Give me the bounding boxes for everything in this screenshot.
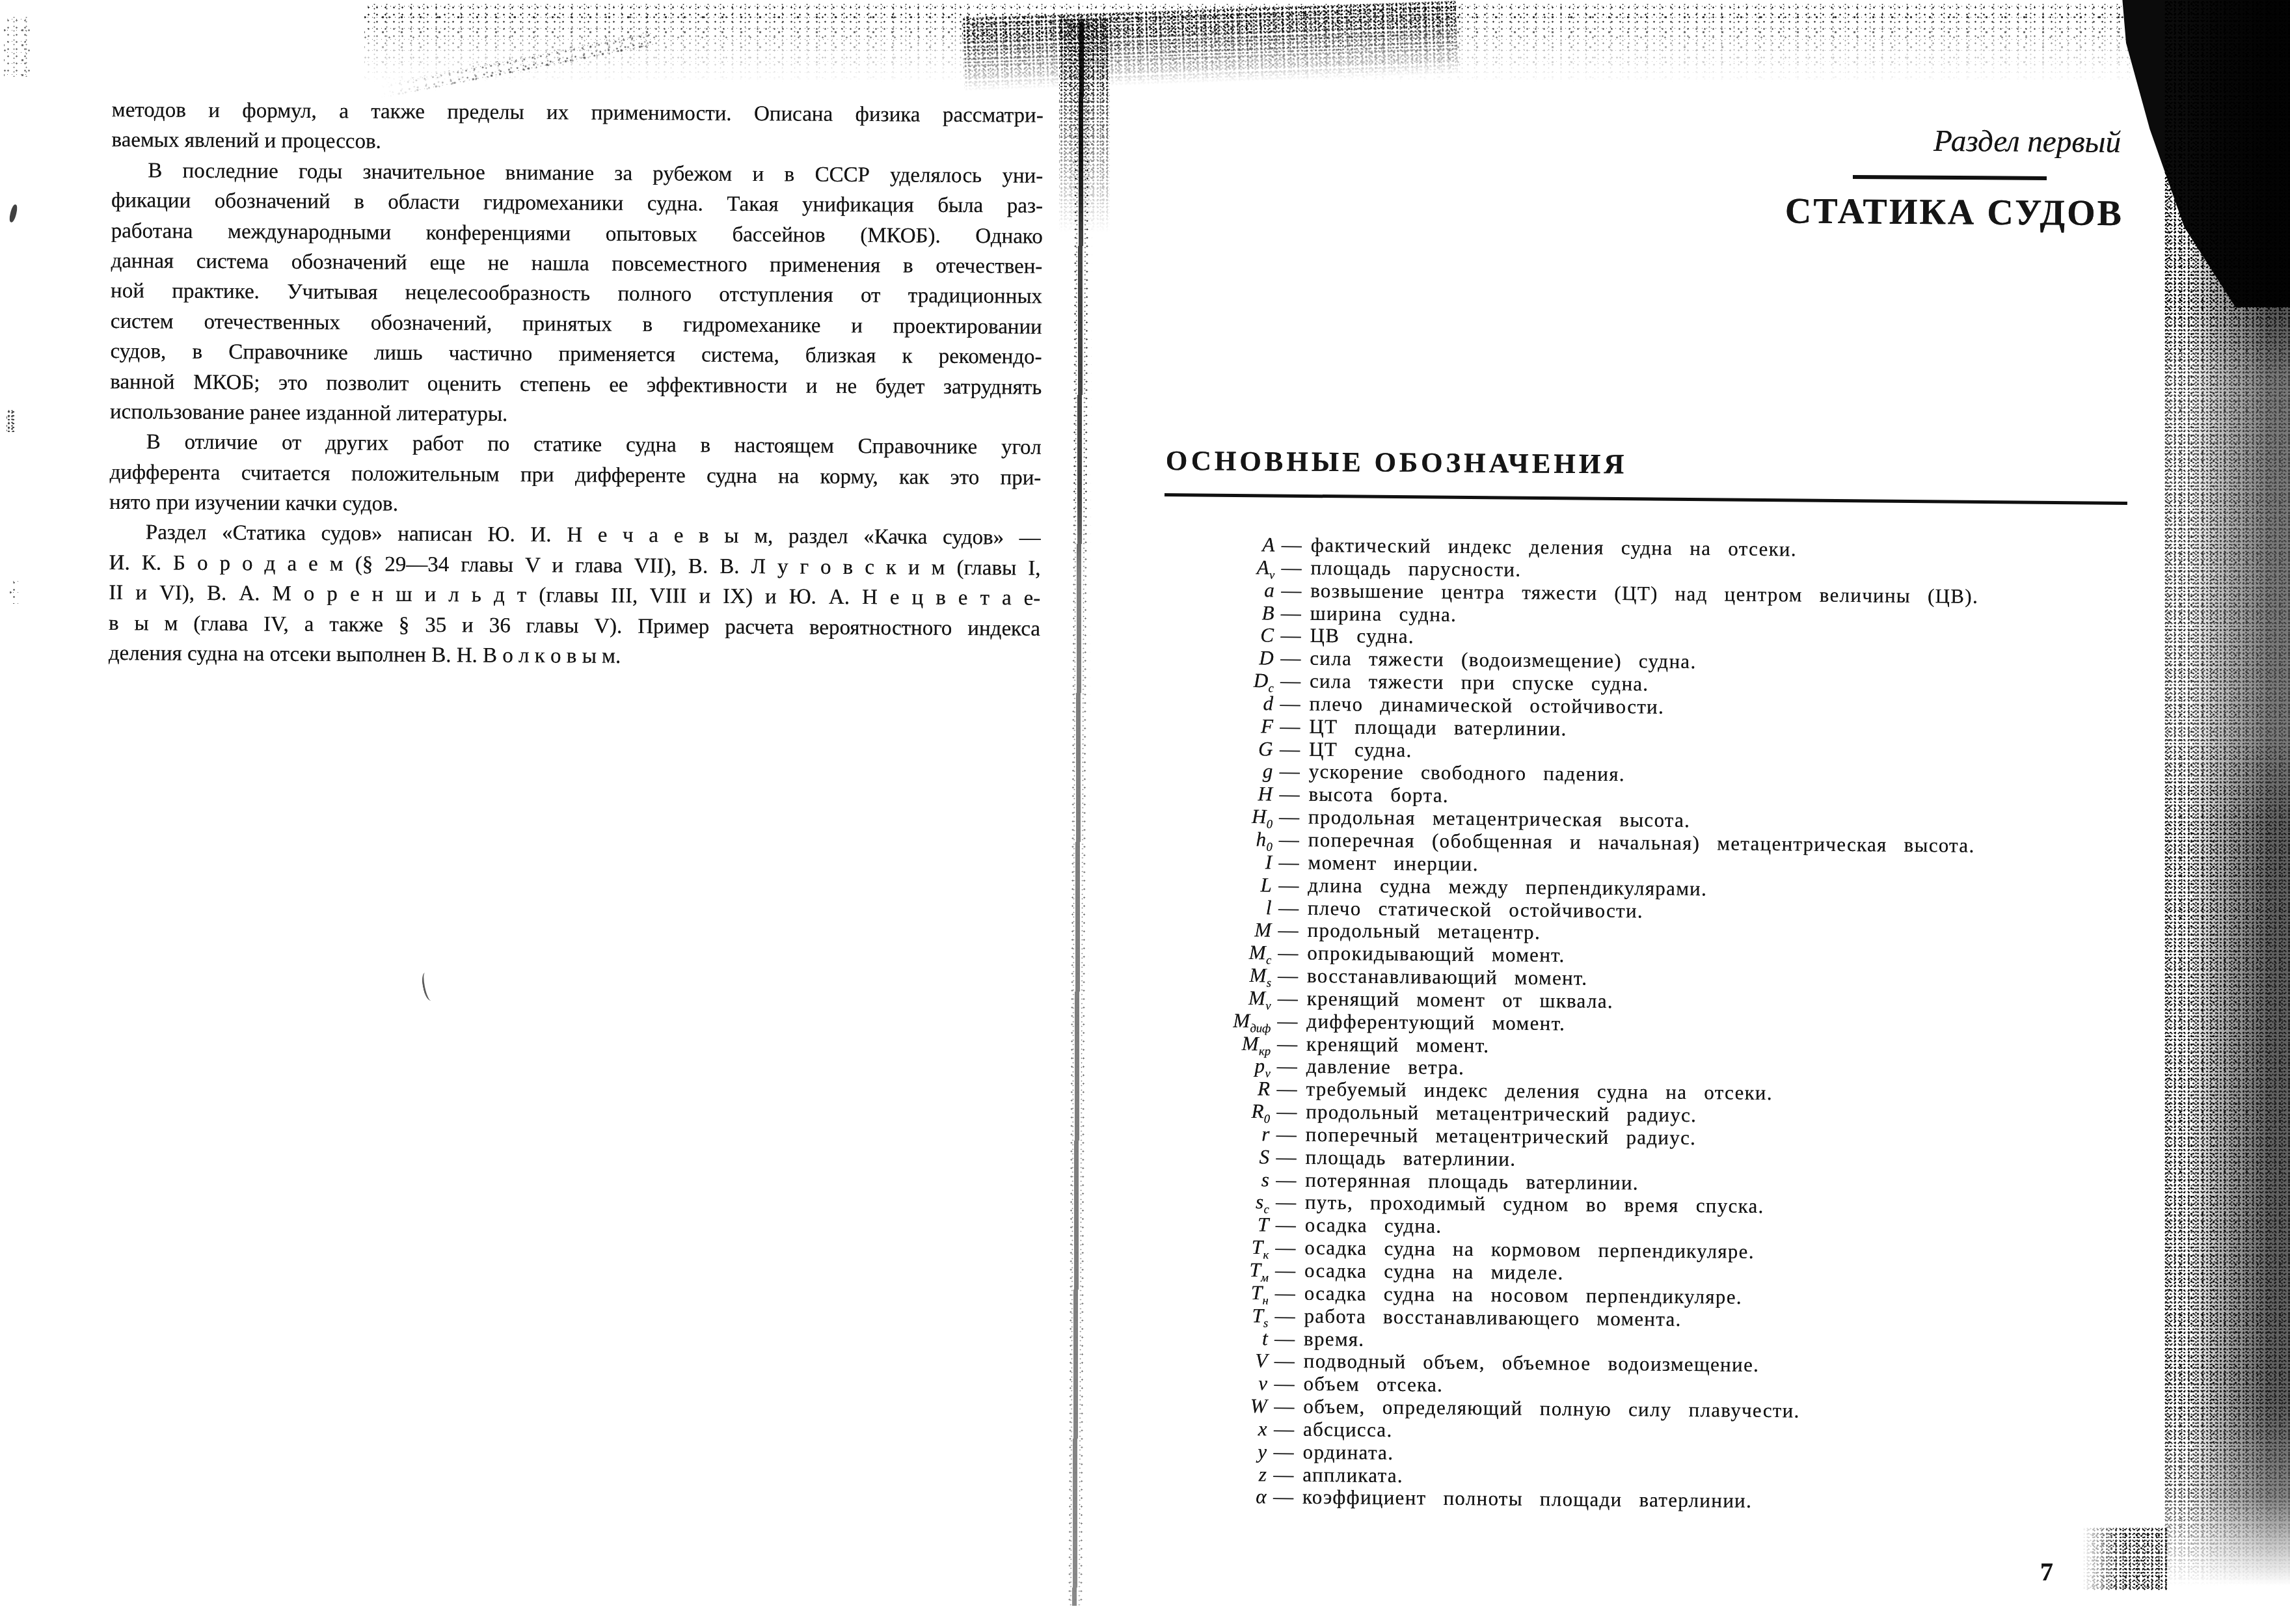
symbol-dash: — [1278, 986, 1298, 1010]
symbol-dash: — [1274, 1304, 1295, 1327]
symbol-dash: — [1278, 919, 1299, 942]
text-line: В отличие от других работ по статике суд… [110, 427, 1042, 463]
scan-speck-left-2 [8, 204, 19, 223]
symbol-description: дифферентующий момент. [1306, 1010, 1565, 1035]
symbol-dash: — [1277, 1009, 1297, 1033]
symbol-dash: — [1279, 828, 1299, 851]
symbol-description: абсцисса. [1303, 1418, 1393, 1442]
symbol-description: ширина судна. [1310, 601, 1457, 626]
symbol-dash: — [1280, 692, 1300, 715]
symbol-dash: — [1278, 941, 1298, 965]
symbol-dash: — [1280, 670, 1300, 693]
text-line: ной практике. Учитывая нецелесообразност… [111, 276, 1042, 312]
symbol-dash: — [1280, 760, 1300, 783]
left-page-text: методов и формул, а также пределы их при… [109, 95, 1044, 674]
section-title: СТАТИКА СУДОВ [1717, 190, 2123, 234]
symbol-dash: — [1280, 737, 1300, 761]
symbol-dash: — [1274, 1349, 1295, 1373]
text-line: ваемых явлений и процессов. [111, 125, 1043, 161]
symbol-dash: — [1277, 1032, 1297, 1055]
symbol-description: момент инерции. [1308, 851, 1479, 876]
symbols-list: A — фактический индекс деления судна на … [1163, 532, 2212, 1516]
symbol-dash: — [1276, 1213, 1296, 1237]
symbol-dash: — [1279, 805, 1299, 829]
symbol-description: сила тяжести при спуске судна. [1310, 670, 1649, 696]
symbol-dash: — [1274, 1417, 1294, 1441]
symbol-description: кренящий момент. [1306, 1032, 1490, 1057]
text-line: деления судна на отсеки выполнен В. Н. В… [109, 638, 1040, 674]
symbol-dash: — [1280, 714, 1300, 738]
book-scan-spread: методов и формул, а также пределы их при… [0, 0, 2290, 1624]
symbol-dash: — [1282, 533, 1302, 556]
symbol-description: осадка судна на миделе. [1304, 1259, 1564, 1284]
symbol-description: ЦВ судна. [1310, 624, 1414, 648]
symbol-dash: — [1278, 896, 1299, 919]
scan-noise-bottom-right [2082, 1528, 2168, 1590]
scan-speck-left-4 [10, 579, 19, 604]
symbol-dash: — [1273, 1485, 1293, 1509]
text-line: II и VI), В. А. М о р е н ш и л ь д т (г… [109, 578, 1040, 614]
symbol-dash: — [1276, 1191, 1296, 1214]
symbol-dash: — [1276, 1122, 1297, 1146]
section-label-rule [1853, 175, 2047, 180]
symbol-dash: — [1274, 1440, 1294, 1463]
symbol-description: площадь парусности. [1310, 556, 1521, 582]
symbol-description: давление ветра. [1306, 1055, 1465, 1079]
symbol-dash: — [1273, 1463, 1293, 1486]
symbol-dash: — [1276, 1100, 1297, 1124]
symbol-dash: — [1277, 1055, 1297, 1078]
symbol-description: ЦТ судна. [1309, 737, 1412, 761]
symbol-dash: — [1281, 601, 1301, 625]
scan-speck-left-3 [7, 410, 14, 432]
symbol-dash: — [1275, 1258, 1295, 1282]
symbol-description: коэффициент полноты площади ватерлинии. [1302, 1485, 1752, 1513]
symbol-dash: — [1276, 1145, 1296, 1169]
symbol-description: опрокидывающий момент. [1307, 941, 1565, 967]
symbols-heading: ОСНОВНЫЕ ОБОЗНАЧЕНИЯ [1166, 445, 1628, 481]
symbol-dash: — [1279, 783, 1299, 806]
symbol-dash: — [1274, 1327, 1295, 1350]
symbol-description: восстанавливающий момент. [1307, 964, 1588, 990]
symbol-description: плечо статической остойчивости. [1308, 896, 1643, 923]
symbol: α [1163, 1484, 1267, 1512]
scan-stray-mark [420, 971, 438, 1002]
symbol-dash: — [1278, 964, 1298, 987]
symbol-description: объем отсека. [1303, 1372, 1443, 1397]
symbol-description: потерянная площадь ватерлинии. [1305, 1168, 1639, 1194]
symbol-description: кренящий момент от шквала. [1307, 987, 1613, 1013]
scan-speck-left-1 [4, 17, 30, 77]
symbol-dash: — [1275, 1281, 1295, 1305]
text-line: судов, в Справочнике лишь частично приме… [110, 336, 1042, 372]
symbol-description: время. [1304, 1327, 1365, 1351]
symbol-description: ускорение свободного падения. [1309, 760, 1625, 786]
symbol-dash: — [1276, 1168, 1296, 1191]
symbol-description: высота борта. [1308, 783, 1449, 807]
section-label: Раздел первый [1783, 122, 2121, 160]
symbol-dash: — [1274, 1394, 1294, 1418]
symbol-dash: — [1278, 873, 1299, 897]
symbol-dash: — [1275, 1236, 1295, 1260]
symbol-dash: — [1280, 624, 1300, 647]
symbol-description: площадь ватерлинии. [1305, 1146, 1516, 1171]
text-line: фикации обозначений в области гидромехан… [111, 185, 1043, 221]
symbol-dash: — [1276, 1077, 1297, 1101]
symbols-heading-rule [1165, 493, 2127, 505]
symbol-description: ордината. [1303, 1441, 1394, 1465]
symbol-description: ЦТ площади ватерлинии. [1309, 715, 1567, 740]
symbol-description: продольный метацентр. [1308, 919, 1541, 944]
symbol-dash: — [1278, 850, 1299, 874]
symbol-description: аппликата. [1302, 1463, 1403, 1487]
page-number: 7 [2040, 1556, 2053, 1587]
symbol-dash: — [1281, 556, 1301, 579]
page-gutter-shadow [1066, 22, 1093, 1606]
symbol-dash: — [1274, 1372, 1294, 1396]
symbol-dash: — [1280, 647, 1300, 670]
symbol-description: осадка судна. [1305, 1213, 1442, 1238]
symbol-dash: — [1281, 578, 1301, 602]
page-gutter-shadow-top [1059, 18, 1110, 233]
